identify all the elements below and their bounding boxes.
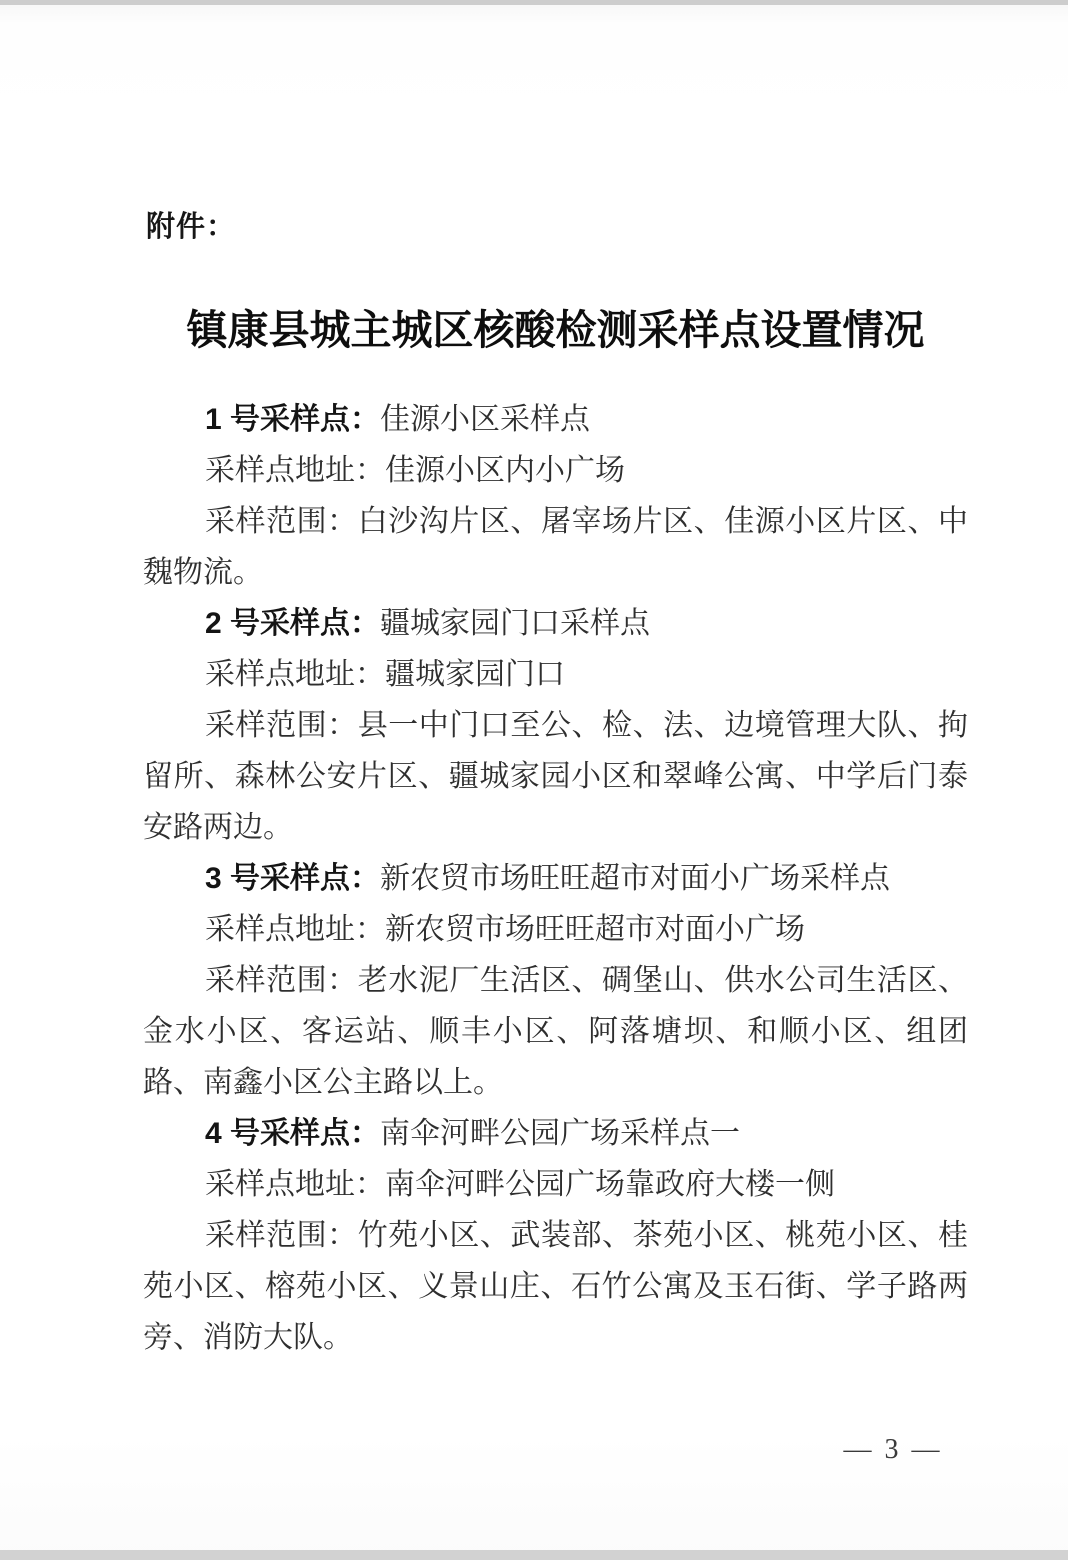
page-title: 镇康县城主城区核酸检测采样点设置情况 xyxy=(143,308,968,353)
point-name: 新农贸市场旺旺超市对面小广场采样点 xyxy=(380,862,890,895)
address-line: 采样点地址：新农贸市场旺旺超市对面小广场 xyxy=(143,904,968,955)
point-number-label: 3 号采样点： xyxy=(205,862,380,895)
address-line: 采样点地址：南伞河畔公园广场靠政府大楼一侧 xyxy=(143,1159,968,1210)
range-label: 采样范围： xyxy=(205,1219,358,1252)
point-title-line: 4 号采样点：南伞河畔公园广场采样点一 xyxy=(143,1108,968,1159)
point-name: 南伞河畔公园广场采样点一 xyxy=(380,1117,740,1150)
point-number-label: 4 号采样点： xyxy=(205,1117,380,1150)
address-value: 疆城家园门口 xyxy=(385,658,565,691)
photo-bottom-edge xyxy=(0,1550,1068,1560)
document-page: { "page": { "attachment_label": "附件：", "… xyxy=(0,0,1068,1560)
photo-top-edge xyxy=(0,0,1068,5)
point-title-line: 1 号采样点：佳源小区采样点 xyxy=(143,394,968,445)
point-title-line: 3 号采样点：新农贸市场旺旺超市对面小广场采样点 xyxy=(143,853,968,904)
document-body: 1 号采样点：佳源小区采样点 采样点地址：佳源小区内小广场 采样范围：白沙沟片区… xyxy=(143,394,968,1363)
range-label: 采样范围： xyxy=(205,709,358,742)
range-line: 采样范围：竹苑小区、武装部、茶苑小区、桃苑小区、桂苑小区、榕苑小区、义景山庄、石… xyxy=(143,1210,968,1363)
point-title-line: 2 号采样点：疆城家园门口采样点 xyxy=(143,598,968,649)
address-value: 新农贸市场旺旺超市对面小广场 xyxy=(385,913,805,946)
address-value: 南伞河畔公园广场靠政府大楼一侧 xyxy=(385,1168,835,1201)
address-label: 采样点地址： xyxy=(205,658,385,691)
address-line: 采样点地址：疆城家园门口 xyxy=(143,649,968,700)
range-line: 采样范围：老水泥厂生活区、碉堡山、供水公司生活区、金水小区、客运站、顺丰小区、阿… xyxy=(143,955,968,1108)
range-line: 采样范围：白沙沟片区、屠宰场片区、佳源小区片区、中魏物流。 xyxy=(143,496,968,598)
point-name: 疆城家园门口采样点 xyxy=(380,607,650,640)
sampling-point-section-4: 4 号采样点：南伞河畔公园广场采样点一 采样点地址：南伞河畔公园广场靠政府大楼一… xyxy=(143,1108,968,1363)
sampling-point-section-3: 3 号采样点：新农贸市场旺旺超市对面小广场采样点 采样点地址：新农贸市场旺旺超市… xyxy=(143,853,968,1108)
address-line: 采样点地址：佳源小区内小广场 xyxy=(143,445,968,496)
point-name: 佳源小区采样点 xyxy=(380,403,590,436)
sampling-point-section-2: 2 号采样点：疆城家园门口采样点 采样点地址：疆城家园门口 采样范围：县一中门口… xyxy=(143,598,968,853)
point-number-label: 2 号采样点： xyxy=(205,607,380,640)
address-label: 采样点地址： xyxy=(205,913,385,946)
attachment-label: 附件： xyxy=(146,212,236,244)
address-value: 佳源小区内小广场 xyxy=(385,454,625,487)
range-label: 采样范围： xyxy=(205,505,358,538)
range-label: 采样范围： xyxy=(205,964,358,997)
page-number: — 3 — xyxy=(843,1434,943,1466)
point-number-label: 1 号采样点： xyxy=(205,403,380,436)
address-label: 采样点地址： xyxy=(205,454,385,487)
address-label: 采样点地址： xyxy=(205,1168,385,1201)
range-line: 采样范围：县一中门口至公、检、法、边境管理大队、拘留所、森林公安片区、疆城家园小… xyxy=(143,700,968,853)
sampling-point-section-1: 1 号采样点：佳源小区采样点 采样点地址：佳源小区内小广场 采样范围：白沙沟片区… xyxy=(143,394,968,598)
